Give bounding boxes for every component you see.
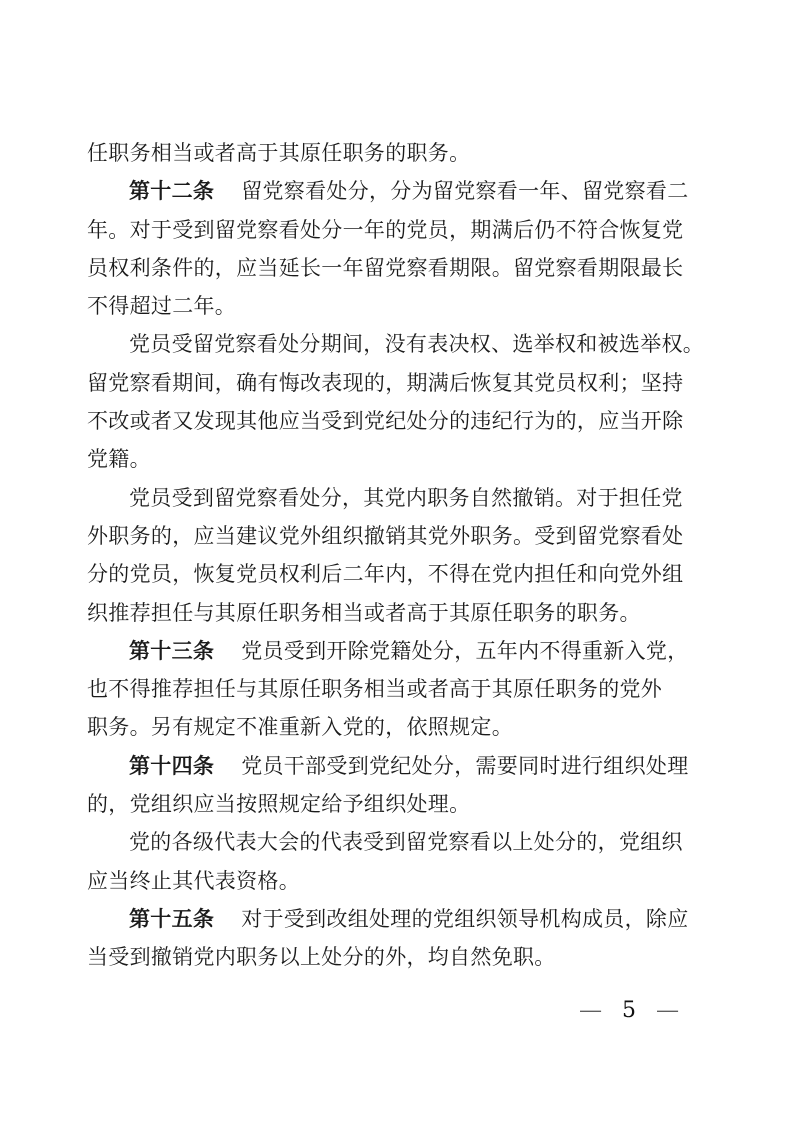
text-line: 职务。另有规定不准重新入党的，依照规定。 — [87, 708, 727, 746]
footer-dash-left: — — [579, 997, 602, 1023]
article-number: 第十二条 — [129, 178, 214, 203]
text-line: 的，党组织应当按照规定给予组织处理。 — [87, 785, 727, 823]
text-run: 员权利条件的，应当延长一年留党察看期限。留党察看期限最长 — [87, 256, 683, 280]
text-run: 当受到撤销党内职务以上处分的外，均自然免职。 — [87, 945, 556, 969]
text-run: 外职务的，应当建议党外组织撤销其党外职务。受到留党察看处 — [87, 524, 683, 548]
text-line: 党员受留党察看处分期间，没有表决权、选举权和被选举权。 — [87, 325, 727, 363]
text-run: 党员受留党察看处分期间，没有表决权、选举权和被选举权。 — [129, 332, 704, 356]
text-line: 留党察看期间，确有悔改表现的，期满后恢复其党员权利；坚持 — [87, 364, 727, 402]
text-line: 第十五条对于受到改组处理的党组织领导机构成员，除应 — [87, 900, 727, 938]
text-run: 党员干部受到党纪处分，需要同时进行组织处理 — [241, 754, 688, 778]
article-number: 第十四条 — [129, 753, 214, 778]
text-run: 也不得推荐担任与其原任职务相当或者高于其原任职务的党外 — [87, 677, 662, 701]
text-run: 留党察看期间，确有悔改表现的，期满后恢复其党员权利；坚持 — [87, 371, 683, 395]
document-page: 任职务相当或者高于其原任职务的职务。第十二条留党察看处分，分为留党察看一年、留党… — [0, 0, 793, 1122]
text-line: 不得超过二年。 — [87, 287, 727, 325]
text-line: 第十二条留党察看处分，分为留党察看一年、留党察看二 — [87, 172, 727, 210]
text-line: 不改或者又发现其他应当受到党纪处分的违纪行为的，应当开除 — [87, 402, 727, 440]
page-number: 5 — [622, 998, 636, 1024]
text-run: 不改或者又发现其他应当受到党纪处分的违纪行为的，应当开除 — [87, 409, 683, 433]
text-line: 也不得推荐担任与其原任职务相当或者高于其原任职务的党外 — [87, 670, 727, 708]
text-run: 留党察看处分，分为留党察看一年、留党察看二 — [241, 179, 688, 203]
text-line: 当受到撤销党内职务以上处分的外，均自然免职。 — [87, 938, 727, 976]
text-run: 不得超过二年。 — [87, 294, 236, 318]
text-line: 年。对于受到留党察看处分一年的党员，期满后仍不符合恢复党 — [87, 211, 727, 249]
text-run: 任职务相当或者高于其原任职务的职务。 — [87, 141, 470, 165]
document-body: 任职务相当或者高于其原任职务的职务。第十二条留党察看处分，分为留党察看一年、留党… — [87, 134, 727, 977]
text-line: 第十三条党员受到开除党籍处分，五年内不得重新入党， — [87, 632, 727, 670]
text-line: 应当终止其代表资格。 — [87, 862, 727, 900]
article-number: 第十五条 — [129, 906, 214, 931]
page-footer: — 5 — — [580, 997, 678, 1024]
text-run: 织推荐担任与其原任职务相当或者高于其原任职务的职务。 — [87, 601, 641, 625]
text-line: 任职务相当或者高于其原任职务的职务。 — [87, 134, 727, 172]
text-run: 职务。另有规定不准重新入党的，依照规定。 — [87, 715, 513, 739]
article-number: 第十三条 — [129, 638, 214, 663]
text-run: 的，党组织应当按照规定给予组织处理。 — [87, 792, 470, 816]
text-line: 员权利条件的，应当延长一年留党察看期限。留党察看期限最长 — [87, 249, 727, 287]
text-run: 分的党员，恢复党员权利后二年内，不得在党内担任和向党外组 — [87, 562, 683, 586]
text-run: 年。对于受到留党察看处分一年的党员，期满后仍不符合恢复党 — [87, 218, 683, 242]
text-run: 党的各级代表大会的代表受到留党察看以上处分的，党组织 — [129, 830, 683, 854]
text-run: 党员受到留党察看处分，其党内职务自然撤销。对于担任党 — [129, 486, 683, 510]
text-run: 党员受到开除党籍处分，五年内不得重新入党， — [241, 639, 688, 663]
text-line: 第十四条党员干部受到党纪处分，需要同时进行组织处理 — [87, 747, 727, 785]
text-run: 党籍。 — [87, 447, 151, 471]
text-line: 分的党员，恢复党员权利后二年内，不得在党内担任和向党外组 — [87, 555, 727, 593]
text-line: 外职务的，应当建议党外组织撤销其党外职务。受到留党察看处 — [87, 517, 727, 555]
footer-dash-right: — — [656, 997, 679, 1023]
text-line: 党员受到留党察看处分，其党内职务自然撤销。对于担任党 — [87, 479, 727, 517]
text-line: 织推荐担任与其原任职务相当或者高于其原任职务的职务。 — [87, 594, 727, 632]
text-run: 应当终止其代表资格。 — [87, 869, 300, 893]
text-line: 党的各级代表大会的代表受到留党察看以上处分的，党组织 — [87, 823, 727, 861]
text-line: 党籍。 — [87, 440, 727, 478]
text-run: 对于受到改组处理的党组织领导机构成员，除应 — [241, 907, 688, 931]
